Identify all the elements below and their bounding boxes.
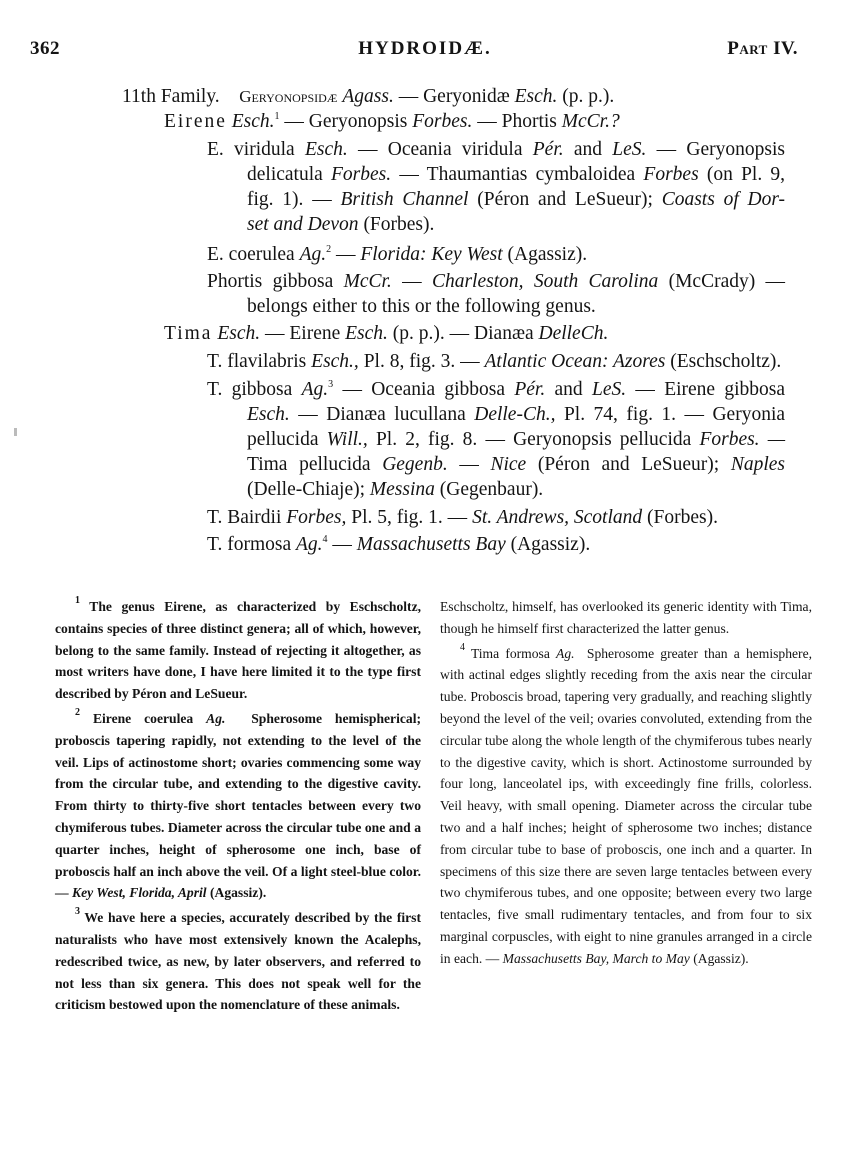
footnotes-left-column: 1 The genus Eirene, as characterized by … xyxy=(55,596,421,1016)
genus-tima: Tima Esch. — Eirene Esch. (p. p.). — Dia… xyxy=(164,322,608,347)
footnote-ref[interactable]: 1 xyxy=(275,111,280,122)
footnote-2: 2 Eirene coerulea Ag. Spherosome hemisph… xyxy=(55,708,421,904)
footnotes-right-column: Eschscholtz, himself, has overlooked its… xyxy=(440,596,812,970)
species-t-flavilabris: T. flavilabris Esch., Pl. 8, fig. 3. — A… xyxy=(207,350,781,375)
footnote-ref[interactable]: 3 xyxy=(328,379,333,390)
species-t-formosa: T. formosa Ag.4 — Massachusetts Bay (Aga… xyxy=(207,533,590,558)
footnote-ref[interactable]: 4 xyxy=(323,534,328,545)
margin-mark xyxy=(14,428,17,436)
species-t-bairdii: T. Bairdii Forbes, Pl. 5, fig. 1. — St. … xyxy=(207,506,718,531)
footnote-3: 3 We have here a species, accurately des… xyxy=(55,907,421,1016)
footnote-ref[interactable]: 2 xyxy=(326,244,331,255)
footnote-3-continuation: Eschscholtz, himself, has overlooked its… xyxy=(440,596,812,640)
running-title: HYDROIDÆ. xyxy=(0,38,850,60)
genus-eirene: Eirene Esch.1 — Geryonopsis Forbes. — Ph… xyxy=(164,110,620,135)
footnote-4: 4 Tima formosa Ag. Spherosome greater th… xyxy=(440,643,812,970)
species-e-coerulea: E. coerulea Ag.2 — Florida: Key West (Ag… xyxy=(207,243,587,268)
footnote-1: 1 The genus Eirene, as characterized by … xyxy=(55,596,421,705)
part-label: Part IV. xyxy=(727,38,798,60)
family-heading: 11th Family. Geryonopsidæ Agass. — Geryo… xyxy=(122,85,614,110)
